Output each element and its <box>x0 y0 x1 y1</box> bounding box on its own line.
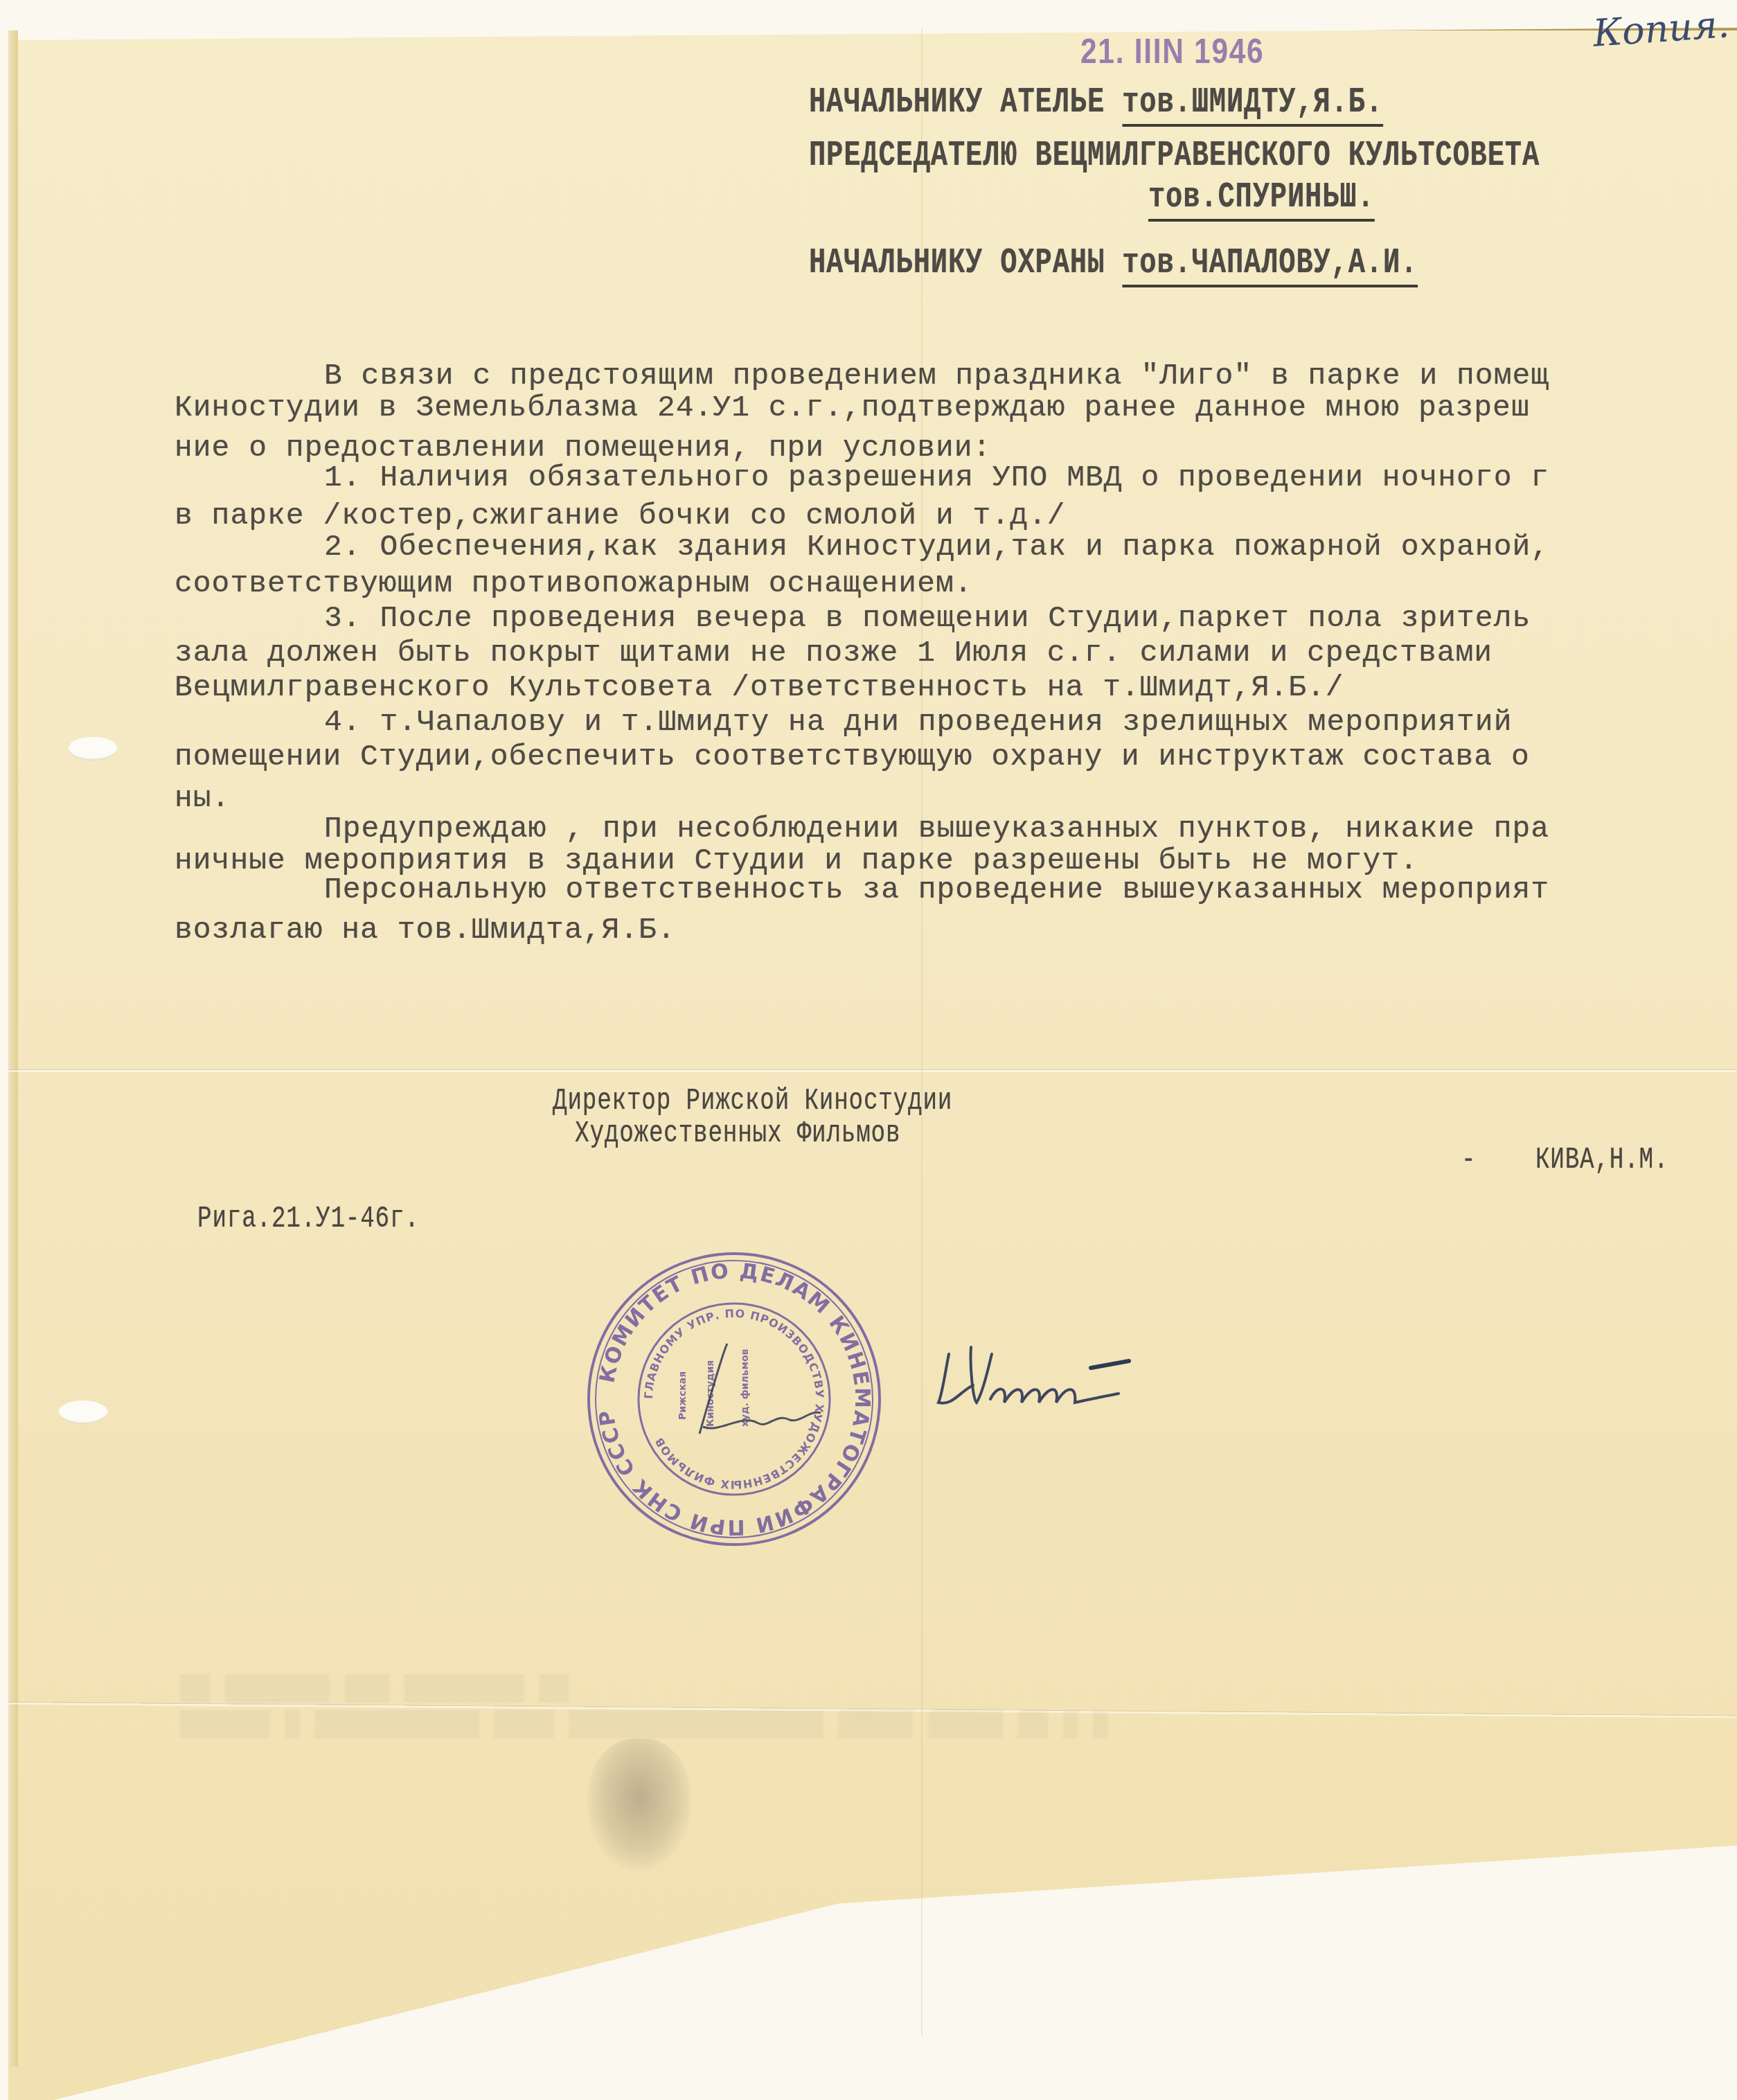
body-line: Предупреждаю , при несоблюдении вышеуказ… <box>324 812 1549 846</box>
official-seal-icon: КОМИТЕТ ПО ДЕЛАМ КИНЕМАТОГРАФИИ ПРИ СНК … <box>582 1247 887 1551</box>
signatory-title-line2: Художественных Фильмов <box>575 1116 900 1151</box>
body-line: 1. Наличия обязательного разрешения УПО … <box>324 461 1549 495</box>
addressee-role: НАЧАЛЬНИКУ ОХРАНЫ <box>809 242 1105 283</box>
body-line: В связи с предстоящим проведением праздн… <box>324 359 1549 393</box>
punch-hole <box>58 1400 108 1424</box>
body-line: ние о предоставлении помещения, при усло… <box>175 431 991 465</box>
faded-offset-text: ▒▒ ▒▒▒▒▒▒▒ ▒▒▒ ▒▒▒▒▒▒▒▒ ▒▒ <box>180 1675 569 1703</box>
handwritten-signature <box>928 1337 1191 1413</box>
fold-line <box>8 1070 1737 1072</box>
body-line: ны. <box>175 781 230 815</box>
body-line: соответствующим противопожарным оснащени… <box>175 567 973 600</box>
body-line: Киностудии в Земельблазма 24.У1 с.г.,под… <box>175 391 1530 425</box>
body-line: 3. После проведения вечера в помещении С… <box>324 601 1531 635</box>
body-line: Вецмилгравенского Культсовета /ответстве… <box>175 670 1344 704</box>
body-line: возлагаю на тов.Шмидта,Я.Б. <box>175 913 676 947</box>
svg-text:ГЛАВНОМУ УПР. ПО ПРОИЗВОДСТВУ: ГЛАВНОМУ УПР. ПО ПРОИЗВОДСТВУ ХУДОЖЕСТВЕ… <box>642 1307 826 1491</box>
paper-left-edge <box>8 30 18 2067</box>
svg-text:худ. фильмов: худ. фильмов <box>740 1349 751 1427</box>
addressee-1: НАЧАЛЬНИКУ АТЕЛЬЕ тов.ШМИДТУ,Я.Б. <box>809 82 1383 123</box>
body-line: помещении Студии,обеспечить соответствую… <box>175 740 1530 774</box>
faded-offset-text: ▒▒▒▒▒▒ ▒ ▒▒▒▒▒▒▒▒▒▒▒ ▒▒▒▒ ▒▒▒▒▒▒▒▒▒▒▒▒▒▒… <box>180 1711 1107 1739</box>
addressee-name: тов.СПУРИНЬШ. <box>1148 177 1375 222</box>
signatory-title-line1: Директор Рижской Киностудии <box>553 1084 952 1119</box>
punch-hole <box>68 737 118 760</box>
signatory-dash: - <box>1461 1143 1476 1177</box>
body-line: 4. т.Чапалову и т.Шмидту на дни проведен… <box>324 705 1512 739</box>
addressee-3: НАЧАЛЬНИКУ ОХРАНЫ тов.ЧАПАЛОВУ,А.И. <box>809 242 1418 283</box>
fingerprint-smudge <box>587 1738 691 1870</box>
addressee-2-role: ПРЕДСЕДАТЕЛЮ ВЕЦМИЛГРАВЕНСКОГО КУЛЬТСОВЕ… <box>809 135 1540 176</box>
body-line: Персональную ответственность за проведен… <box>324 873 1549 907</box>
addressee-name: тов.ЧАПАЛОВУ,А.И. <box>1122 242 1418 287</box>
body-line: в парке /костер,сжигание бочки со смолой… <box>175 499 1066 533</box>
addressee-name: тов.ШМИДТУ,Я.Б. <box>1122 82 1383 127</box>
scanned-document: 21. IIIN 1946 Копия. НАЧАЛЬНИКУ АТЕЛЬЕ т… <box>0 0 1737 2100</box>
addressee-role: НАЧАЛЬНИКУ АТЕЛЬЕ <box>809 82 1105 123</box>
signatory-name-text: КИВА,Н.М. <box>1535 1143 1668 1177</box>
body-line: 2. Обеспечения,как здания Киностудии,так… <box>324 530 1549 564</box>
svg-text:Рижская: Рижская <box>677 1371 688 1420</box>
received-date-stamp: 21. IIIN 1946 <box>1080 31 1264 71</box>
signatory-name: - КИВА,Н.М. <box>1461 1143 1668 1177</box>
paper-sheet <box>8 28 1737 2100</box>
body-line: зала должен быть покрыт щитами не позже … <box>175 636 1493 670</box>
addressee-2-name: тов.СПУРИНЬШ. <box>1148 177 1375 217</box>
place-and-date: Рига.21.У1-46г. <box>197 1202 420 1236</box>
